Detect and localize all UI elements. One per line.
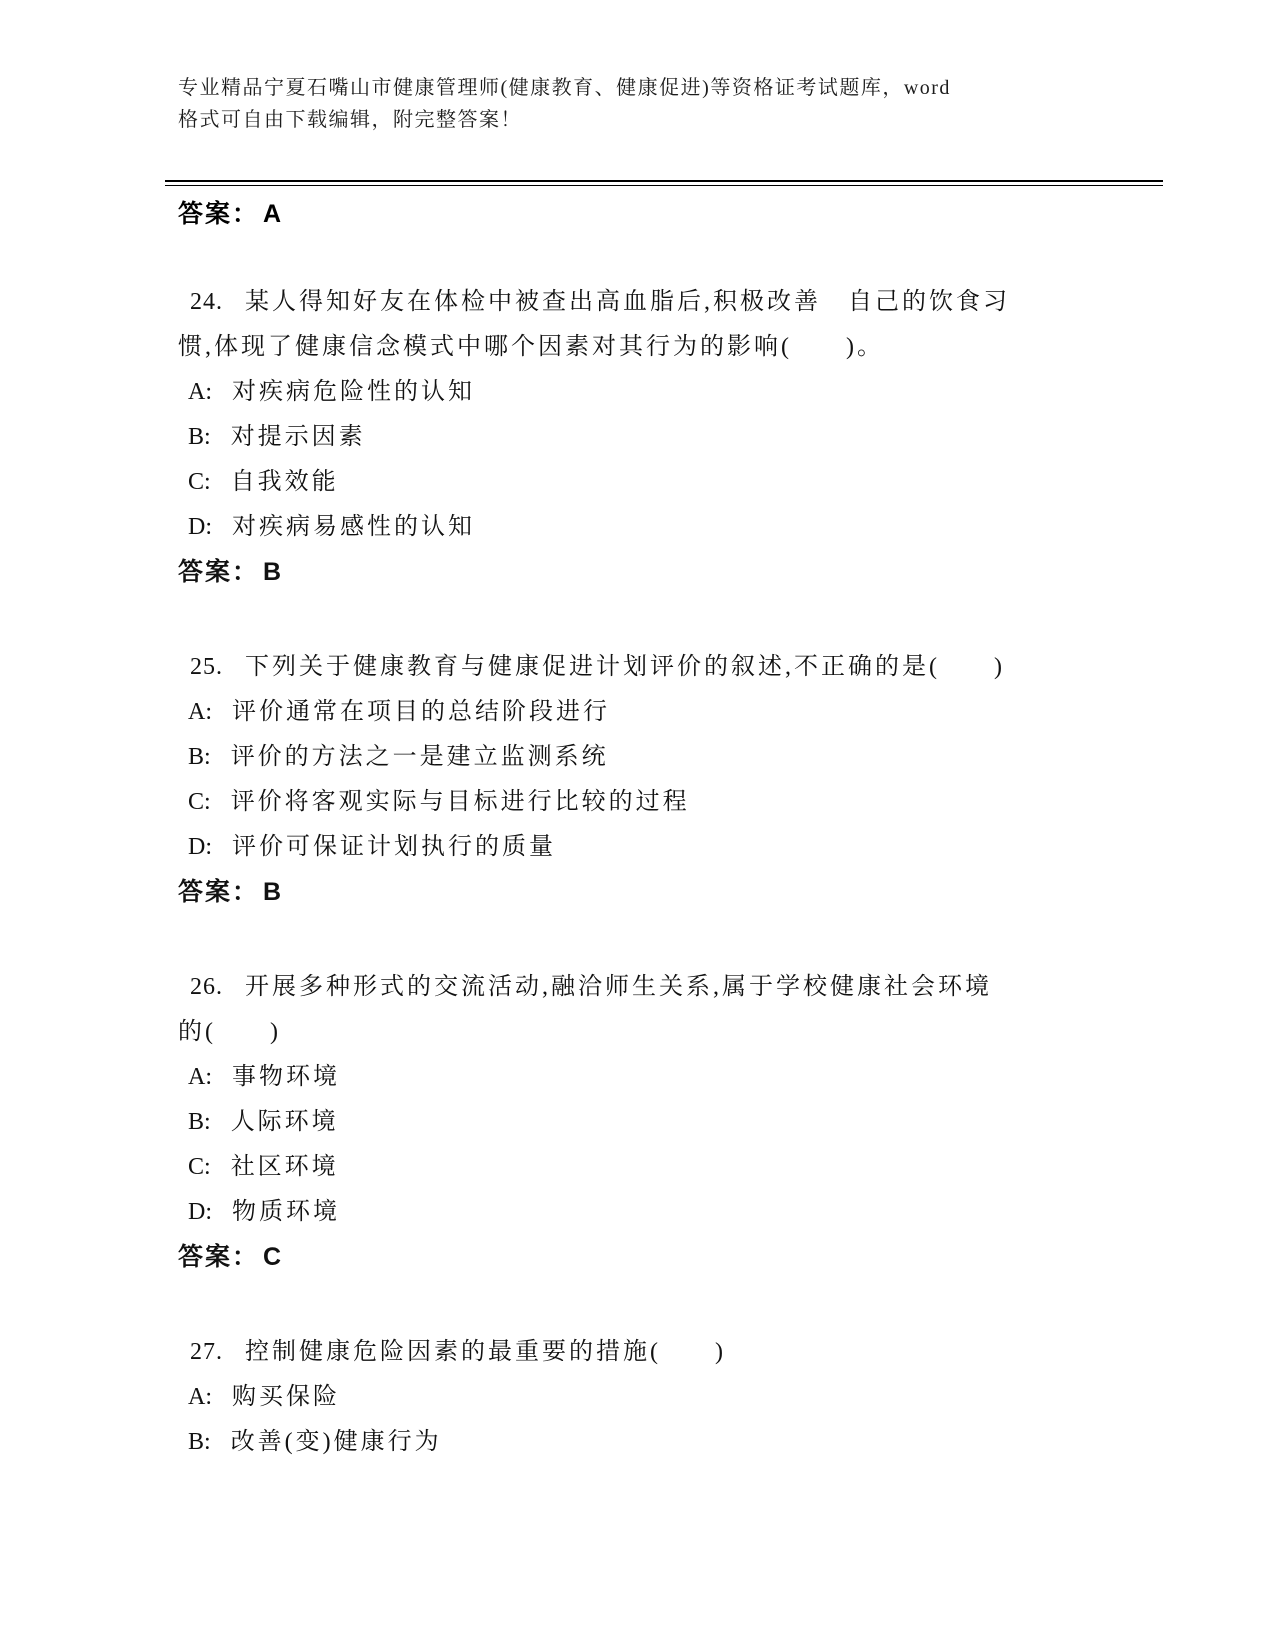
header-line-1: 专业精品宁夏石嘴山市健康管理师(健康教育、健康促进)等资格证考试题库，word — [178, 72, 1185, 104]
option-text: 改善(变)健康行为 — [231, 1429, 442, 1455]
option-label: A: — [188, 699, 212, 725]
question-number: 25. — [190, 654, 223, 680]
question-stem-line: 26.开展多种形式的交流活动,融洽师生关系,属于学校健康社会环境 — [178, 965, 1185, 1010]
question-stem-line: 25.下列关于健康教育与健康促进计划评价的叙述,不正确的是( ) — [178, 645, 1185, 690]
option-label: B: — [188, 1109, 211, 1135]
option-label: D: — [188, 514, 212, 540]
option-label: A: — [188, 1064, 212, 1090]
option-a: A:购买保险 — [178, 1375, 1185, 1420]
option-d: D:对疾病易感性的认知 — [178, 505, 1185, 550]
option-label: A: — [188, 1384, 212, 1410]
option-text: 人际环境 — [231, 1109, 339, 1135]
question-stem-text: 开展多种形式的交流活动,融洽师生关系,属于学校健康社会环境 — [245, 974, 992, 1000]
answer-value: B — [263, 558, 283, 586]
option-text: 对提示因素 — [231, 424, 366, 450]
option-text: 评价可保证计划执行的质量 — [232, 834, 556, 860]
answer-line-previous-question: 答案：A — [178, 198, 1185, 230]
option-label: C: — [188, 789, 211, 815]
question-26: 26.开展多种形式的交流活动,融洽师生关系,属于学校健康社会环境 的( ) A:… — [178, 965, 1185, 1280]
option-label: A: — [188, 379, 212, 405]
option-a: A:评价通常在项目的总结阶段进行 — [178, 690, 1185, 735]
answer-value: C — [263, 1243, 283, 1271]
question-stem-text: 控制健康危险因素的最重要的措施( ) — [245, 1339, 726, 1365]
answer-label: 答案： — [178, 200, 259, 228]
option-text: 自我效能 — [231, 469, 339, 495]
option-a: A:对疾病危险性的认知 — [178, 370, 1185, 415]
question-27: 27.控制健康危险因素的最重要的措施( ) A:购买保险 B:改善(变)健康行为 — [178, 1330, 1185, 1465]
option-text: 社区环境 — [231, 1154, 339, 1180]
header-line-2: 格式可自由下载编辑，附完整答案！ — [178, 104, 1185, 136]
question-24: 24.某人得知好友在体检中被查出高血脂后,积极改善 自己的饮食习 惯,体现了健康… — [178, 280, 1185, 595]
answer-line: 答案：B — [178, 550, 1185, 595]
answer-value: B — [263, 878, 283, 906]
option-text: 评价通常在项目的总结阶段进行 — [232, 699, 610, 725]
option-label: B: — [188, 1429, 211, 1455]
question-number: 27. — [190, 1339, 223, 1365]
question-25: 25.下列关于健康教育与健康促进计划评价的叙述,不正确的是( ) A:评价通常在… — [178, 645, 1185, 915]
option-text: 购买保险 — [232, 1384, 340, 1410]
answer-label: 答案： — [178, 558, 259, 586]
question-stem-line: 24.某人得知好友在体检中被查出高血脂后,积极改善 自己的饮食习 — [178, 280, 1185, 325]
question-stem-text: 某人得知好友在体检中被查出高血脂后,积极改善 自己的饮食习 — [245, 289, 1010, 315]
option-b: B:改善(变)健康行为 — [178, 1420, 1185, 1465]
answer-label: 答案： — [178, 878, 259, 906]
option-text: 事物环境 — [232, 1064, 340, 1090]
option-text: 对疾病危险性的认知 — [232, 379, 475, 405]
option-b: B:人际环境 — [178, 1100, 1185, 1145]
option-label: B: — [188, 744, 211, 770]
option-b: B:评价的方法之一是建立监测系统 — [178, 735, 1185, 780]
question-stem-text: 下列关于健康教育与健康促进计划评价的叙述,不正确的是( ) — [245, 654, 1005, 680]
option-text: 物质环境 — [232, 1199, 340, 1225]
option-label: D: — [188, 834, 212, 860]
option-text: 评价的方法之一是建立监测系统 — [231, 744, 609, 770]
option-c: C:评价将客观实际与目标进行比较的过程 — [178, 780, 1185, 825]
option-label: B: — [188, 424, 211, 450]
option-d: D:评价可保证计划执行的质量 — [178, 825, 1185, 870]
option-label: C: — [188, 469, 211, 495]
answer-line: 答案：C — [178, 1235, 1185, 1280]
option-c: C:社区环境 — [178, 1145, 1185, 1190]
option-text: 评价将客观实际与目标进行比较的过程 — [231, 789, 690, 815]
option-a: A:事物环境 — [178, 1055, 1185, 1100]
option-b: B:对提示因素 — [178, 415, 1185, 460]
option-label: C: — [188, 1154, 211, 1180]
question-number: 26. — [190, 974, 223, 1000]
answer-value: A — [263, 200, 283, 228]
question-stem-line: 的( ) — [178, 1010, 1185, 1055]
option-text: 对疾病易感性的认知 — [232, 514, 475, 540]
question-stem-line: 惯,体现了健康信念模式中哪个因素对其行为的影响( )。 — [178, 325, 1185, 370]
answer-label: 答案： — [178, 1243, 259, 1271]
document-page: 专业精品宁夏石嘴山市健康管理师(健康教育、健康促进)等资格证考试题库，word … — [0, 0, 1275, 1650]
answer-line: 答案：B — [178, 870, 1185, 915]
page-header: 专业精品宁夏石嘴山市健康管理师(健康教育、健康促进)等资格证考试题库，word … — [178, 72, 1185, 136]
question-number: 24. — [190, 289, 223, 315]
header-separator-rule — [165, 180, 1163, 186]
option-d: D:物质环境 — [178, 1190, 1185, 1235]
question-stem-line: 27.控制健康危险因素的最重要的措施( ) — [178, 1330, 1185, 1375]
option-c: C:自我效能 — [178, 460, 1185, 505]
option-label: D: — [188, 1199, 212, 1225]
